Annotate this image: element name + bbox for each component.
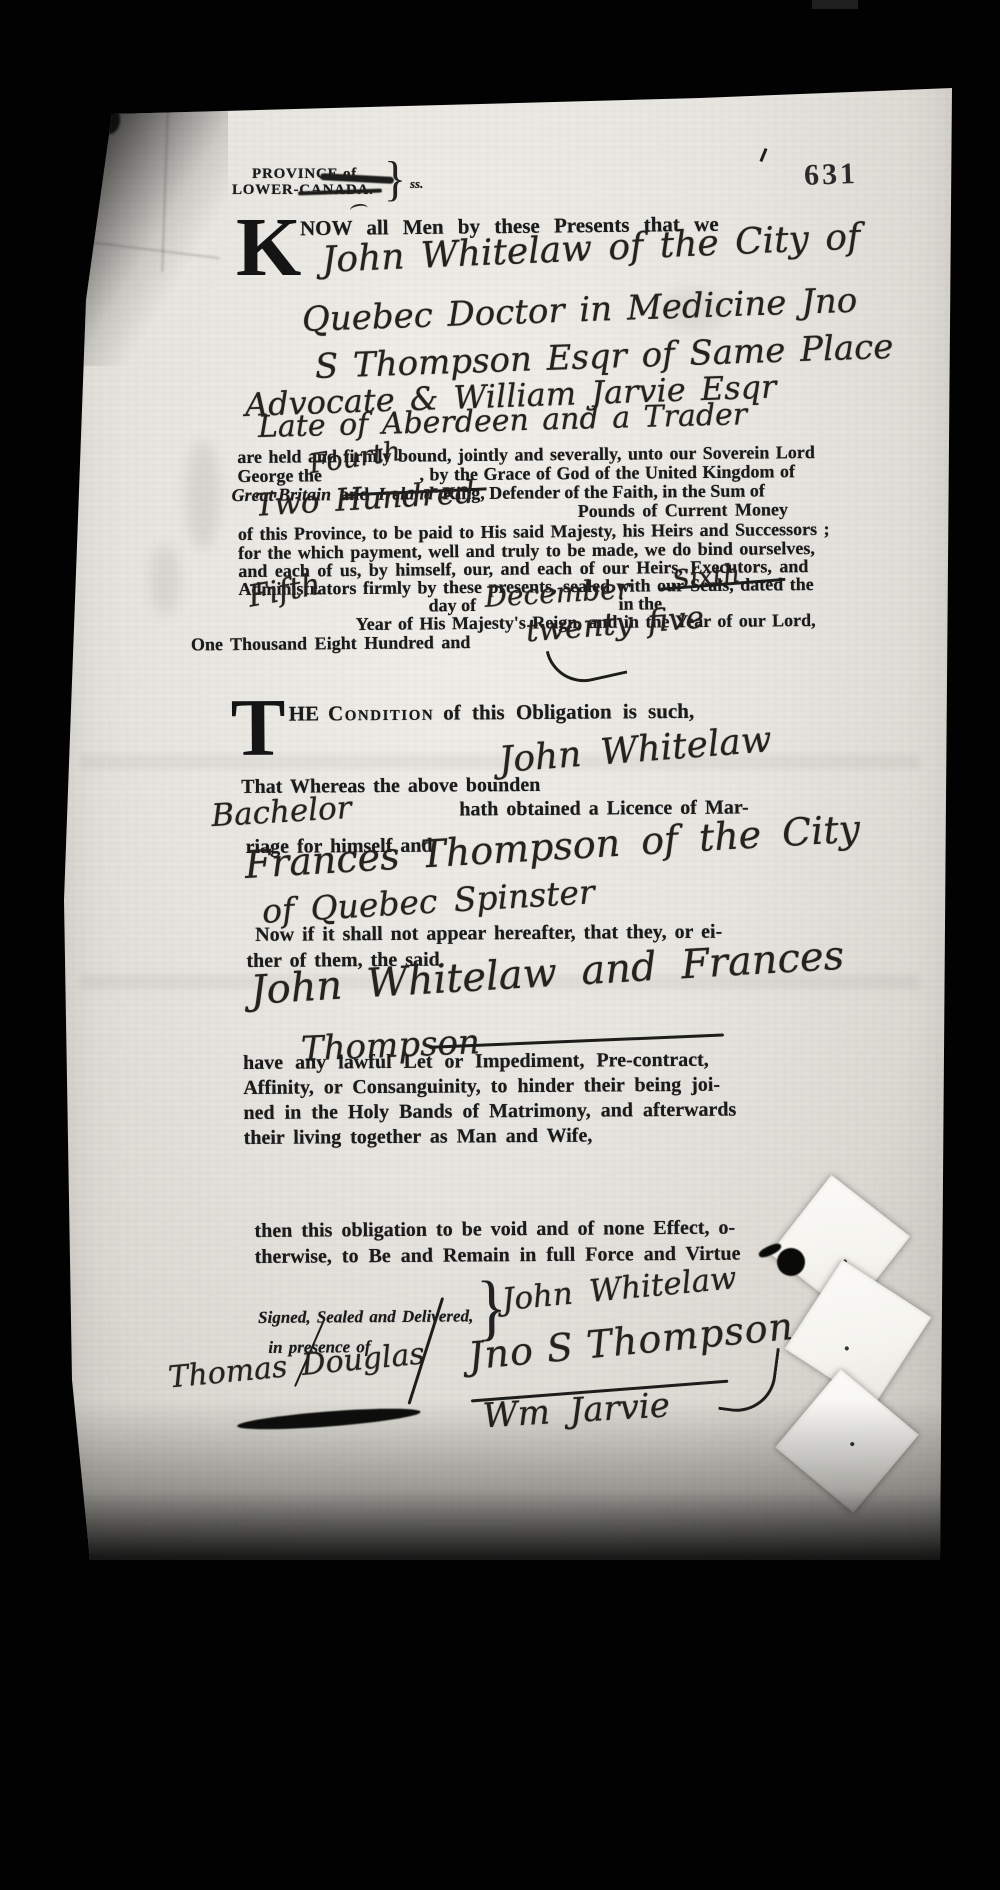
seal-speck (844, 1346, 850, 1352)
signature-john-whitelaw: John Whitelaw (500, 1260, 738, 1318)
wax-seal-blob (777, 1248, 805, 1276)
scanned-document-frame: PROVINCE of LOWER-CANADA. } ss. 631 K NO… (0, 0, 1000, 1890)
film-edge-notch (812, 0, 858, 9)
closing-line: then this obligation to be void and of n… (254, 1217, 735, 1243)
attestation-line: Signed, Sealed and Delivered, (258, 1306, 473, 1328)
document-page: PROVINCE of LOWER-CANADA. } ss. 631 K NO… (0, 0, 1000, 1600)
page-bottom-shadow (0, 1400, 1000, 1600)
